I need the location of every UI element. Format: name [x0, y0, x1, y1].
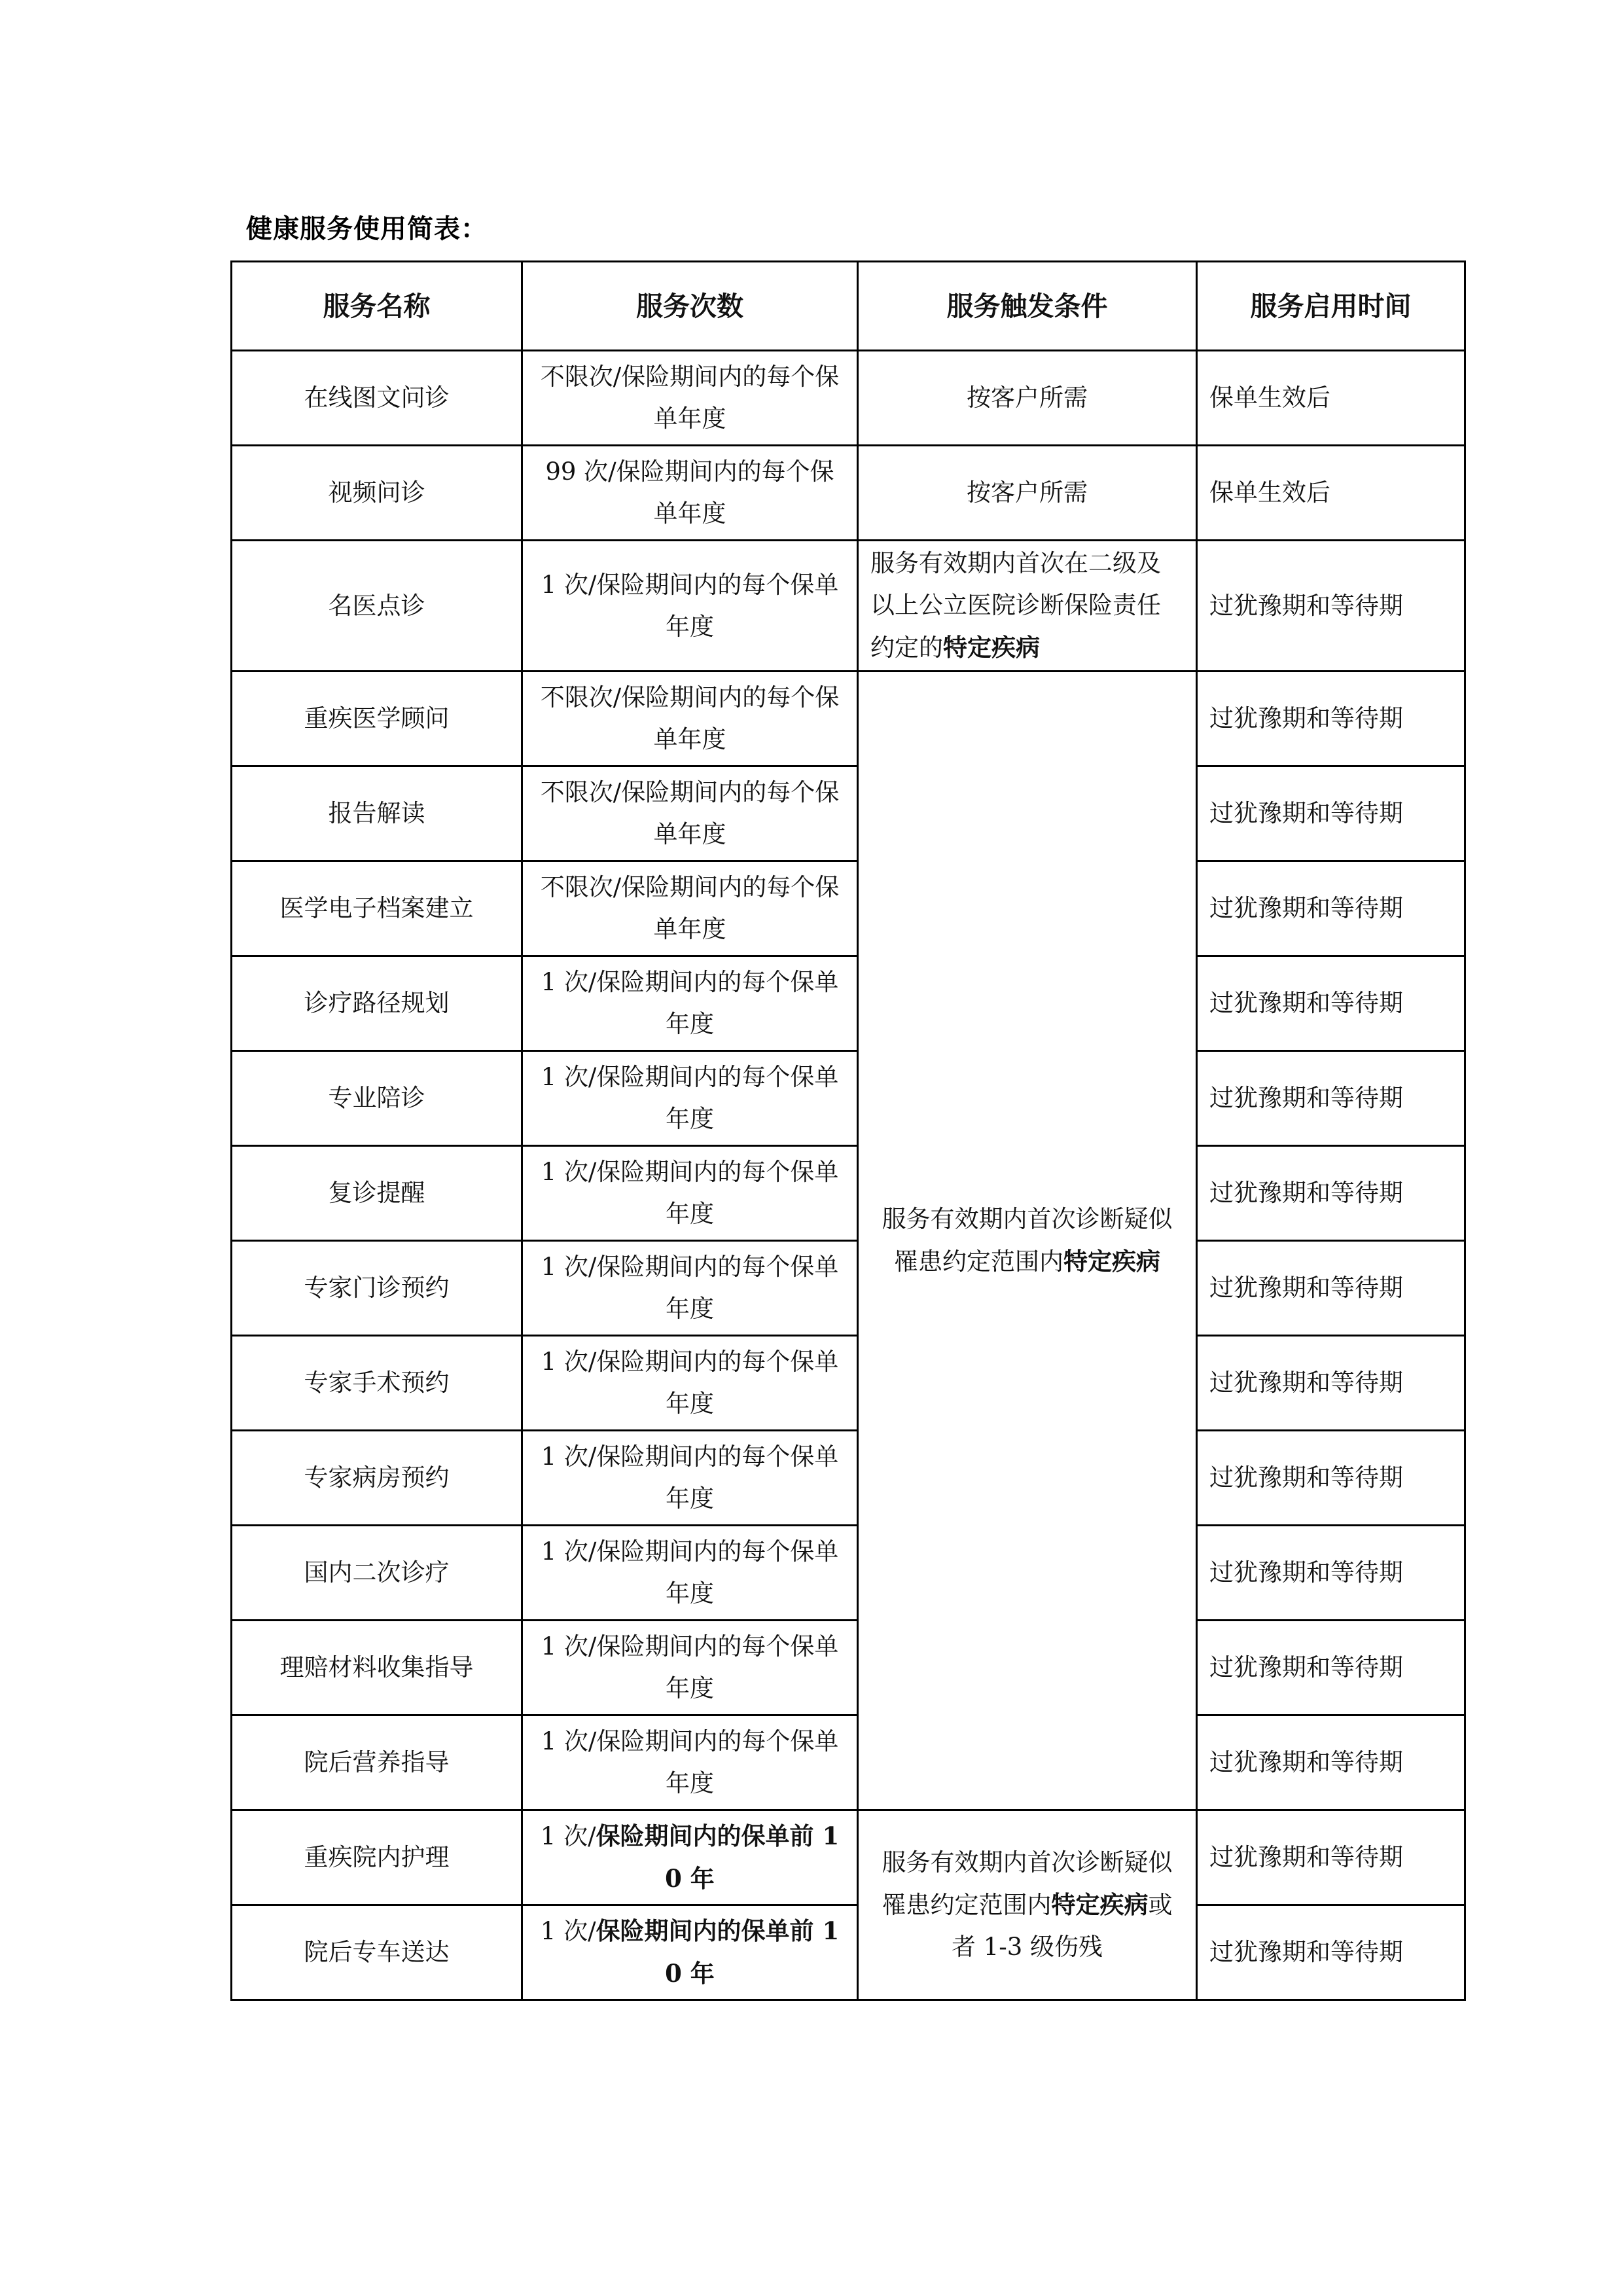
- service-count-cell: 1 次/保险期间内的每个保单年度: [522, 1241, 858, 1336]
- text-segment: 1 次/: [541, 1822, 596, 1850]
- service-count-cell: 1 次/保险期间内的保单前 10 年: [522, 1905, 858, 2000]
- start-time-cell: 过犹豫期和等待期: [1197, 1810, 1465, 1905]
- text-segment: 1 次/保险期间内的每个保单年度: [541, 1063, 839, 1133]
- text-segment: 1 次/保险期间内的每个保单年度: [541, 1158, 839, 1228]
- table-row: 院后营养指导1 次/保险期间内的每个保单年度过犹豫期和等待期: [232, 1715, 1465, 1810]
- text-segment: 1 次/保险期间内的每个保单年度: [541, 968, 839, 1038]
- service-name-cell: 重疾院内护理: [232, 1810, 522, 1905]
- service-name-cell: 理赔材料收集指导: [232, 1621, 522, 1715]
- start-time-cell: 过犹豫期和等待期: [1197, 1526, 1465, 1621]
- start-time-cell: 过犹豫期和等待期: [1197, 1336, 1465, 1431]
- header-service-count: 服务次数: [522, 262, 858, 351]
- table-header-row: 服务名称 服务次数 服务触发条件 服务启用时间: [232, 262, 1465, 351]
- text-segment: 不限次/保险期间内的每个保单年度: [541, 873, 839, 943]
- table-row: 报告解读不限次/保险期间内的每个保单年度过犹豫期和等待期: [232, 766, 1465, 861]
- text-segment: 1 次/保险期间内的每个保单年度: [541, 1253, 839, 1323]
- service-name-cell: 重疾医学顾问: [232, 672, 522, 766]
- start-time-cell: 过犹豫期和等待期: [1197, 1051, 1465, 1146]
- trigger-condition-merged-cell: 服务有效期内首次诊断疑似罹患约定范围内特定疾病: [858, 672, 1197, 1810]
- text-segment: 1 次/保险期间内的每个保单年度: [541, 1348, 839, 1418]
- service-name-cell: 院后营养指导: [232, 1715, 522, 1810]
- text-segment: 不限次/保险期间内的每个保单年度: [541, 683, 839, 753]
- table-row: 在线图文问诊不限次/保险期间内的每个保单年度按客户所需保单生效后: [232, 351, 1465, 446]
- service-count-cell: 1 次/保险期间内的每个保单年度: [522, 1431, 858, 1526]
- table-row: 视频问诊99 次/保险期间内的每个保单年度按客户所需保单生效后: [232, 446, 1465, 541]
- table-row: 重疾医学顾问不限次/保险期间内的每个保单年度服务有效期内首次诊断疑似罹患约定范围…: [232, 672, 1465, 766]
- service-name-cell: 专家门诊预约: [232, 1241, 522, 1336]
- text-segment: 99 次/保险期间内的每个保单年度: [545, 457, 834, 528]
- table-row: 专业陪诊1 次/保险期间内的每个保单年度过犹豫期和等待期: [232, 1051, 1465, 1146]
- table-row: 诊疗路径规划1 次/保险期间内的每个保单年度过犹豫期和等待期: [232, 956, 1465, 1051]
- text-segment: 1 次/保险期间内的每个保单年度: [541, 1727, 839, 1797]
- header-service-name: 服务名称: [232, 262, 522, 351]
- bold-text-segment: 特定疾病: [1052, 1890, 1149, 1919]
- service-name-cell: 专家病房预约: [232, 1431, 522, 1526]
- service-count-cell: 1 次/保险期间内的每个保单年度: [522, 956, 858, 1051]
- start-time-cell: 过犹豫期和等待期: [1197, 1431, 1465, 1526]
- start-time-cell: 保单生效后: [1197, 446, 1465, 541]
- service-count-cell: 1 次/保险期间内的每个保单年度: [522, 1715, 858, 1810]
- service-name-cell: 报告解读: [232, 766, 522, 861]
- service-count-cell: 不限次/保险期间内的每个保单年度: [522, 766, 858, 861]
- bold-text-segment: 特定疾病: [1063, 1247, 1160, 1276]
- trigger-condition-cell: 服务有效期内首次在二级及以上公立医院诊断保险责任约定的特定疾病: [858, 541, 1197, 672]
- text-segment: 1 次/保险期间内的每个保单年度: [541, 1632, 839, 1702]
- table-row: 名医点诊1 次/保险期间内的每个保单年度服务有效期内首次在二级及以上公立医院诊断…: [232, 541, 1465, 672]
- service-name-cell: 视频问诊: [232, 446, 522, 541]
- table-row: 专家门诊预约1 次/保险期间内的每个保单年度过犹豫期和等待期: [232, 1241, 1465, 1336]
- start-time-cell: 过犹豫期和等待期: [1197, 1905, 1465, 2000]
- text-segment: 1 次/: [541, 1917, 596, 1945]
- service-count-cell: 1 次/保险期间内的每个保单年度: [522, 1051, 858, 1146]
- start-time-cell: 过犹豫期和等待期: [1197, 541, 1465, 672]
- health-service-table: 服务名称 服务次数 服务触发条件 服务启用时间 在线图文问诊不限次/保险期间内的…: [230, 260, 1466, 2001]
- start-time-cell: 过犹豫期和等待期: [1197, 861, 1465, 956]
- service-name-cell: 名医点诊: [232, 541, 522, 672]
- service-name-cell: 在线图文问诊: [232, 351, 522, 446]
- service-name-cell: 专业陪诊: [232, 1051, 522, 1146]
- service-count-cell: 1 次/保险期间内的每个保单年度: [522, 541, 858, 672]
- service-name-cell: 复诊提醒: [232, 1146, 522, 1241]
- bold-text-segment: 保险期间内的保单前 10 年: [596, 1821, 840, 1893]
- service-count-cell: 1 次/保险期间内的保单前 10 年: [522, 1810, 858, 1905]
- start-time-cell: 保单生效后: [1197, 351, 1465, 446]
- service-count-cell: 不限次/保险期间内的每个保单年度: [522, 672, 858, 766]
- table-row: 国内二次诊疗1 次/保险期间内的每个保单年度过犹豫期和等待期: [232, 1526, 1465, 1621]
- service-count-cell: 1 次/保险期间内的每个保单年度: [522, 1621, 858, 1715]
- start-time-cell: 过犹豫期和等待期: [1197, 1241, 1465, 1336]
- service-count-cell: 99 次/保险期间内的每个保单年度: [522, 446, 858, 541]
- start-time-cell: 过犹豫期和等待期: [1197, 956, 1465, 1051]
- service-name-cell: 国内二次诊疗: [232, 1526, 522, 1621]
- start-time-cell: 过犹豫期和等待期: [1197, 1146, 1465, 1241]
- table-row: 复诊提醒1 次/保险期间内的每个保单年度过犹豫期和等待期: [232, 1146, 1465, 1241]
- trigger-condition-cell: 按客户所需: [858, 446, 1197, 541]
- document-title: 健康服务使用简表：: [246, 208, 488, 245]
- bold-text-segment: 保险期间内的保单前 10 年: [596, 1916, 840, 1988]
- table-row: 医学电子档案建立不限次/保险期间内的每个保单年度过犹豫期和等待期: [232, 861, 1465, 956]
- service-name-cell: 医学电子档案建立: [232, 861, 522, 956]
- text-segment: 1 次/保险期间内的每个保单年度: [541, 1443, 839, 1513]
- table-row: 理赔材料收集指导1 次/保险期间内的每个保单年度过犹豫期和等待期: [232, 1621, 1465, 1715]
- text-segment: 不限次/保险期间内的每个保单年度: [541, 363, 839, 433]
- service-name-cell: 诊疗路径规划: [232, 956, 522, 1051]
- start-time-cell: 过犹豫期和等待期: [1197, 1715, 1465, 1810]
- service-count-cell: 1 次/保险期间内的每个保单年度: [522, 1146, 858, 1241]
- start-time-cell: 过犹豫期和等待期: [1197, 672, 1465, 766]
- text-segment: 1 次/保险期间内的每个保单年度: [541, 571, 839, 641]
- service-count-cell: 不限次/保险期间内的每个保单年度: [522, 861, 858, 956]
- header-trigger-condition: 服务触发条件: [858, 262, 1197, 351]
- trigger-condition-cell: 按客户所需: [858, 351, 1197, 446]
- service-count-cell: 1 次/保险期间内的每个保单年度: [522, 1336, 858, 1431]
- start-time-cell: 过犹豫期和等待期: [1197, 766, 1465, 861]
- service-name-cell: 专家手术预约: [232, 1336, 522, 1431]
- table-row: 院后专车送达1 次/保险期间内的保单前 10 年过犹豫期和等待期: [232, 1905, 1465, 2000]
- header-start-time: 服务启用时间: [1197, 262, 1465, 351]
- table-row: 重疾院内护理1 次/保险期间内的保单前 10 年服务有效期内首次诊断疑似罹患约定…: [232, 1810, 1465, 1905]
- table-row: 专家手术预约1 次/保险期间内的每个保单年度过犹豫期和等待期: [232, 1336, 1465, 1431]
- bold-text-segment: 特定疾病: [943, 633, 1040, 662]
- start-time-cell: 过犹豫期和等待期: [1197, 1621, 1465, 1715]
- service-name-cell: 院后专车送达: [232, 1905, 522, 2000]
- service-count-cell: 1 次/保险期间内的每个保单年度: [522, 1526, 858, 1621]
- trigger-condition-merged-cell: 服务有效期内首次诊断疑似罹患约定范围内特定疾病或者 1-3 级伤残: [858, 1810, 1197, 2000]
- text-segment: 不限次/保险期间内的每个保单年度: [541, 778, 839, 848]
- service-count-cell: 不限次/保险期间内的每个保单年度: [522, 351, 858, 446]
- table-row: 专家病房预约1 次/保险期间内的每个保单年度过犹豫期和等待期: [232, 1431, 1465, 1526]
- text-segment: 1 次/保险期间内的每个保单年度: [541, 1537, 839, 1607]
